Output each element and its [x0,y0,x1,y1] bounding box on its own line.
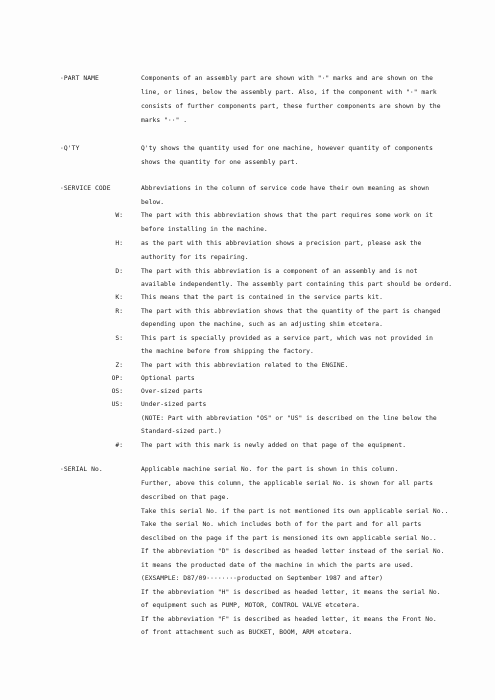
section-label-serial-no: ·SERIAL No. [60,466,103,473]
service-code-op: OP: [93,375,123,382]
text-line: it means the producted date of the machi… [141,562,414,569]
text-line: the machine before from shipping the fac… [141,348,314,355]
text-line: as the part with this abbreviation shows… [141,240,421,247]
service-code-s: S: [93,335,123,342]
text-line: Standard-sized part.) [141,428,222,435]
text-line: (EXSAMPLE: D87/09········producted on Se… [141,575,383,582]
text-line: Take this serial No. if the part is not … [141,508,448,515]
text-line: The part with this mark is newly added o… [141,442,406,449]
service-code-w: W: [93,212,123,219]
text-line: consists of further components part, the… [141,103,441,110]
text-line: Under-sized parts [141,401,206,408]
text-line: line, or lines, below the assembly part.… [141,89,437,96]
text-line: desclibed on the page if the part is men… [141,535,437,542]
text-line: shows the quantity for one assembly part… [141,159,298,166]
text-line: The part with this abbreviation is a com… [141,268,418,275]
text-line: (NOTE: Part with abbreviation "OS" or "U… [141,415,437,422]
text-line: authority for its repairing. [141,254,249,261]
text-line: If the abbreviation "H" is described as … [141,589,441,596]
service-code-r: R: [93,308,123,315]
text-line: This means that the part is contained in… [141,294,383,301]
text-line: marks "··" . [141,117,187,124]
text-line: below. [141,199,164,206]
text-line: Abbreviations in the column of service c… [141,185,429,192]
text-line: Applicable machine serial No. for the pa… [141,466,398,473]
text-line: The part with this abbreviation shows th… [141,308,441,315]
text-line: Components of an assembly part are shown… [141,75,433,82]
text-line: of front attachment such as BUCKET, BOOM… [141,629,352,636]
service-code-os: OS: [93,388,123,395]
service-code-us: US: [93,401,123,408]
section-label-qty: ·Q'TY [60,145,79,152]
text-line: Q'ty shows the quantity used for one mac… [141,145,433,152]
text-line: This part is specially provided as a ser… [141,335,433,342]
text-line: Over-sized parts [141,388,202,395]
section-label-part-name: ·PART NAME [60,75,99,82]
text-line: If the abbreviation "D" is described as … [141,548,444,555]
text-line: The part with this abbreviation related … [141,362,348,369]
text-line: depending upon the machine, such as an a… [141,321,383,328]
service-code-z: Z: [93,362,123,369]
text-line: The part with this abbreviation shows th… [141,212,433,219]
service-code-h: H: [93,240,123,247]
text-line: available independently. The assembly pa… [141,281,452,288]
service-code-k: K: [93,294,123,301]
service-code-d: D: [93,268,123,275]
text-line: described on that page. [141,494,229,501]
service-code-hash: #: [93,442,123,449]
text-line: Further, above this column, the applicab… [141,480,433,487]
text-line: Take the serial No. which includes both … [141,521,421,528]
document-page: ·PART NAME Components of an assembly par… [0,0,495,700]
text-line: before installing in the machine. [141,226,268,233]
section-label-service-code: ·SERVICE CODE [60,185,111,192]
text-line: of equipment such as PUMP, MOTOR, CONTRO… [141,602,360,609]
text-line: If the abbreviation "F" is described as … [141,616,437,623]
text-line: Optional parts [141,375,195,382]
